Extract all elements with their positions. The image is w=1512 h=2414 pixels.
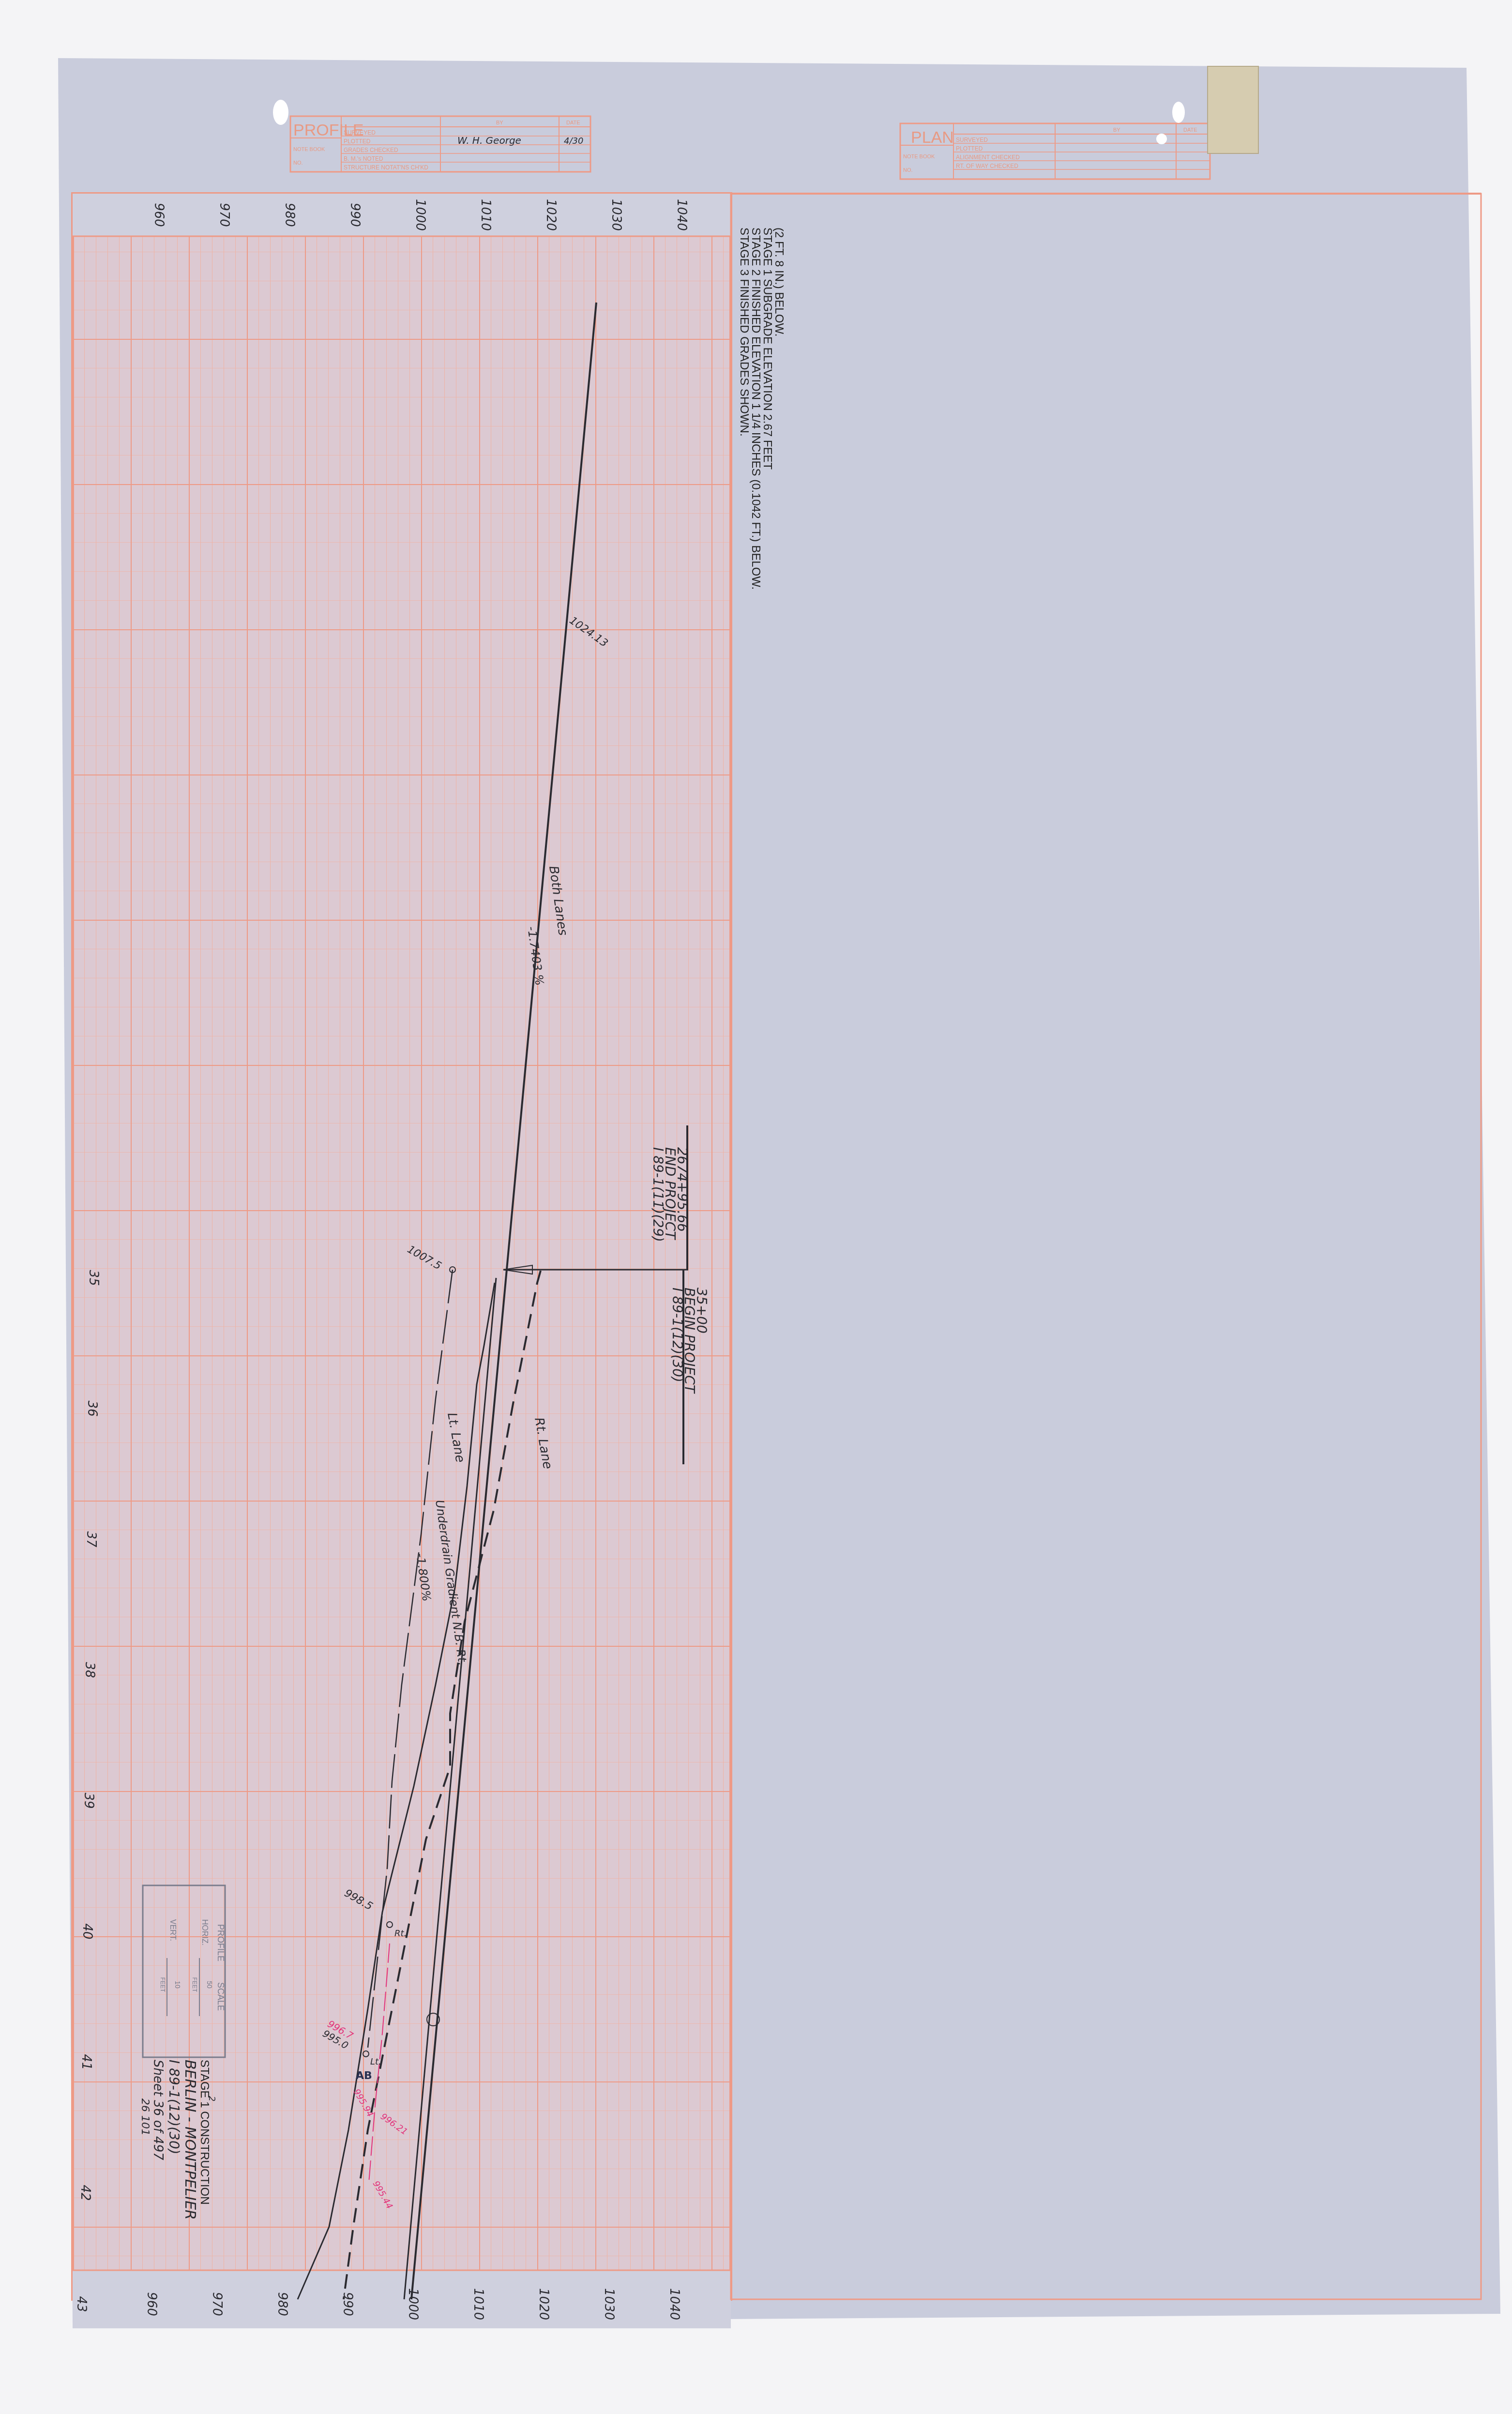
svg-text:1040: 1040 — [667, 2288, 681, 2320]
row-structure: STRUCTURE NOTAT'NS CH'KD — [344, 164, 428, 171]
svg-text:1000: 1000 — [413, 199, 427, 231]
svg-text:40: 40 — [80, 1923, 94, 1939]
project-number: I 89-1(12)(30) — [166, 2060, 182, 2155]
svg-text:PROFILE: PROFILE — [216, 1924, 226, 1961]
svg-text:970: 970 — [217, 203, 231, 227]
svg-text:970: 970 — [210, 2292, 224, 2316]
tape-patch — [1208, 66, 1258, 153]
svg-text:42: 42 — [78, 2185, 92, 2201]
col-by: BY — [496, 120, 503, 126]
svg-text:1040: 1040 — [674, 199, 689, 231]
stage-label: STAGE 1 CONSTRUCTION — [198, 2060, 211, 2205]
svg-text:STAGE 2 FINISHED ELEVATION 1 1: STAGE 2 FINISHED ELEVATION 1 1/4 INCHES … — [749, 228, 762, 590]
svg-text:1020: 1020 — [536, 2288, 551, 2320]
notebook-label: NOTE BOOK — [293, 147, 325, 152]
initials: AB — [356, 2070, 372, 2082]
project-name: BERLIN - MONTPELIER — [181, 2060, 198, 2220]
punch-hole — [1172, 102, 1185, 123]
svg-text:43: 43 — [74, 2296, 89, 2312]
plan-row-surveyed: SURVEYED — [956, 137, 988, 143]
plan-title: PLAN — [911, 128, 954, 147]
svg-text:STAGE 1 SUBGRADE ELEVATION 2.6: STAGE 1 SUBGRADE ELEVATION 2.67 FEET — [761, 228, 774, 470]
svg-text:38: 38 — [82, 1662, 97, 1678]
plotted-by: W. H. George — [457, 135, 521, 146]
svg-text:VERT.: VERT. — [168, 1919, 177, 1941]
svg-text:FEET: FEET — [191, 1977, 198, 1992]
svg-text:HORIZ.: HORIZ. — [200, 1919, 209, 1945]
sheet-alt-number: 26 101 — [139, 2098, 151, 2136]
plan-col-by: BY — [1113, 127, 1120, 133]
svg-text:41: 41 — [79, 2054, 93, 2070]
svg-text:1030: 1030 — [609, 199, 623, 231]
plan-row-row: RT. OF WAY CHECKED — [956, 163, 1018, 169]
svg-text:STAGE 3 FINISHED GRADES SHOWN.: STAGE 3 FINISHED GRADES SHOWN. — [738, 228, 751, 437]
plan-no-label: NO. — [903, 167, 913, 173]
svg-text:990: 990 — [340, 2292, 355, 2316]
row-plotted: PLOTTED — [344, 138, 371, 145]
rt-mark: Rt. — [394, 1928, 407, 1939]
svg-text:990: 990 — [348, 203, 362, 227]
svg-text:50: 50 — [206, 1981, 213, 1989]
svg-text:39: 39 — [81, 1792, 96, 1808]
sheet-number: Sheet 36 of 497 — [151, 2060, 165, 2160]
lt-mark: Lt. — [370, 2057, 381, 2067]
svg-text:1030: 1030 — [602, 2288, 616, 2320]
punch-hole — [1156, 134, 1167, 144]
svg-text:10: 10 — [174, 1981, 181, 1989]
punch-hole — [273, 100, 288, 125]
no-label: NO. — [293, 160, 303, 166]
svg-text:36: 36 — [85, 1400, 99, 1416]
svg-text:1010: 1010 — [471, 2288, 485, 2320]
svg-text:37: 37 — [84, 1531, 98, 1548]
plan-row-plotted: PLOTTED — [956, 145, 983, 152]
svg-text:960: 960 — [144, 2292, 159, 2316]
svg-text:1020: 1020 — [544, 199, 558, 231]
svg-text:35: 35 — [86, 1270, 101, 1286]
svg-text:1010: 1010 — [478, 199, 493, 231]
begin-project-number: I 89-1(12)(30) — [669, 1288, 685, 1382]
svg-text:(2 FT. 8 IN.) BELOW.: (2 FT. 8 IN.) BELOW. — [772, 228, 786, 336]
plotted-date: 4/30 — [564, 136, 583, 146]
row-bms-noted: B. M.'s NOTED — [344, 155, 383, 162]
row-surveyed: SURVEYED — [344, 129, 376, 136]
col-date: DATE — [566, 120, 580, 126]
plan-notebook-label: NOTE BOOK — [903, 154, 935, 160]
svg-text:FEET: FEET — [159, 1977, 166, 1992]
svg-text:SCALE: SCALE — [216, 1982, 226, 2011]
plan-row-alignment: ALIGNMENT CHECKED — [956, 154, 1020, 161]
svg-text:980: 980 — [275, 2292, 289, 2316]
svg-text:980: 980 — [282, 203, 297, 227]
profile-sheet: PROFILE NOTE BOOK NO. BY DATE SURVEYED P… — [0, 0, 1512, 2414]
svg-text:960: 960 — [151, 203, 166, 227]
plan-col-date: DATE — [1183, 127, 1197, 133]
end-project-number: I 89-1(11)(29) — [650, 1147, 666, 1242]
row-grades-checked: GRADES CHECKED — [344, 147, 398, 153]
